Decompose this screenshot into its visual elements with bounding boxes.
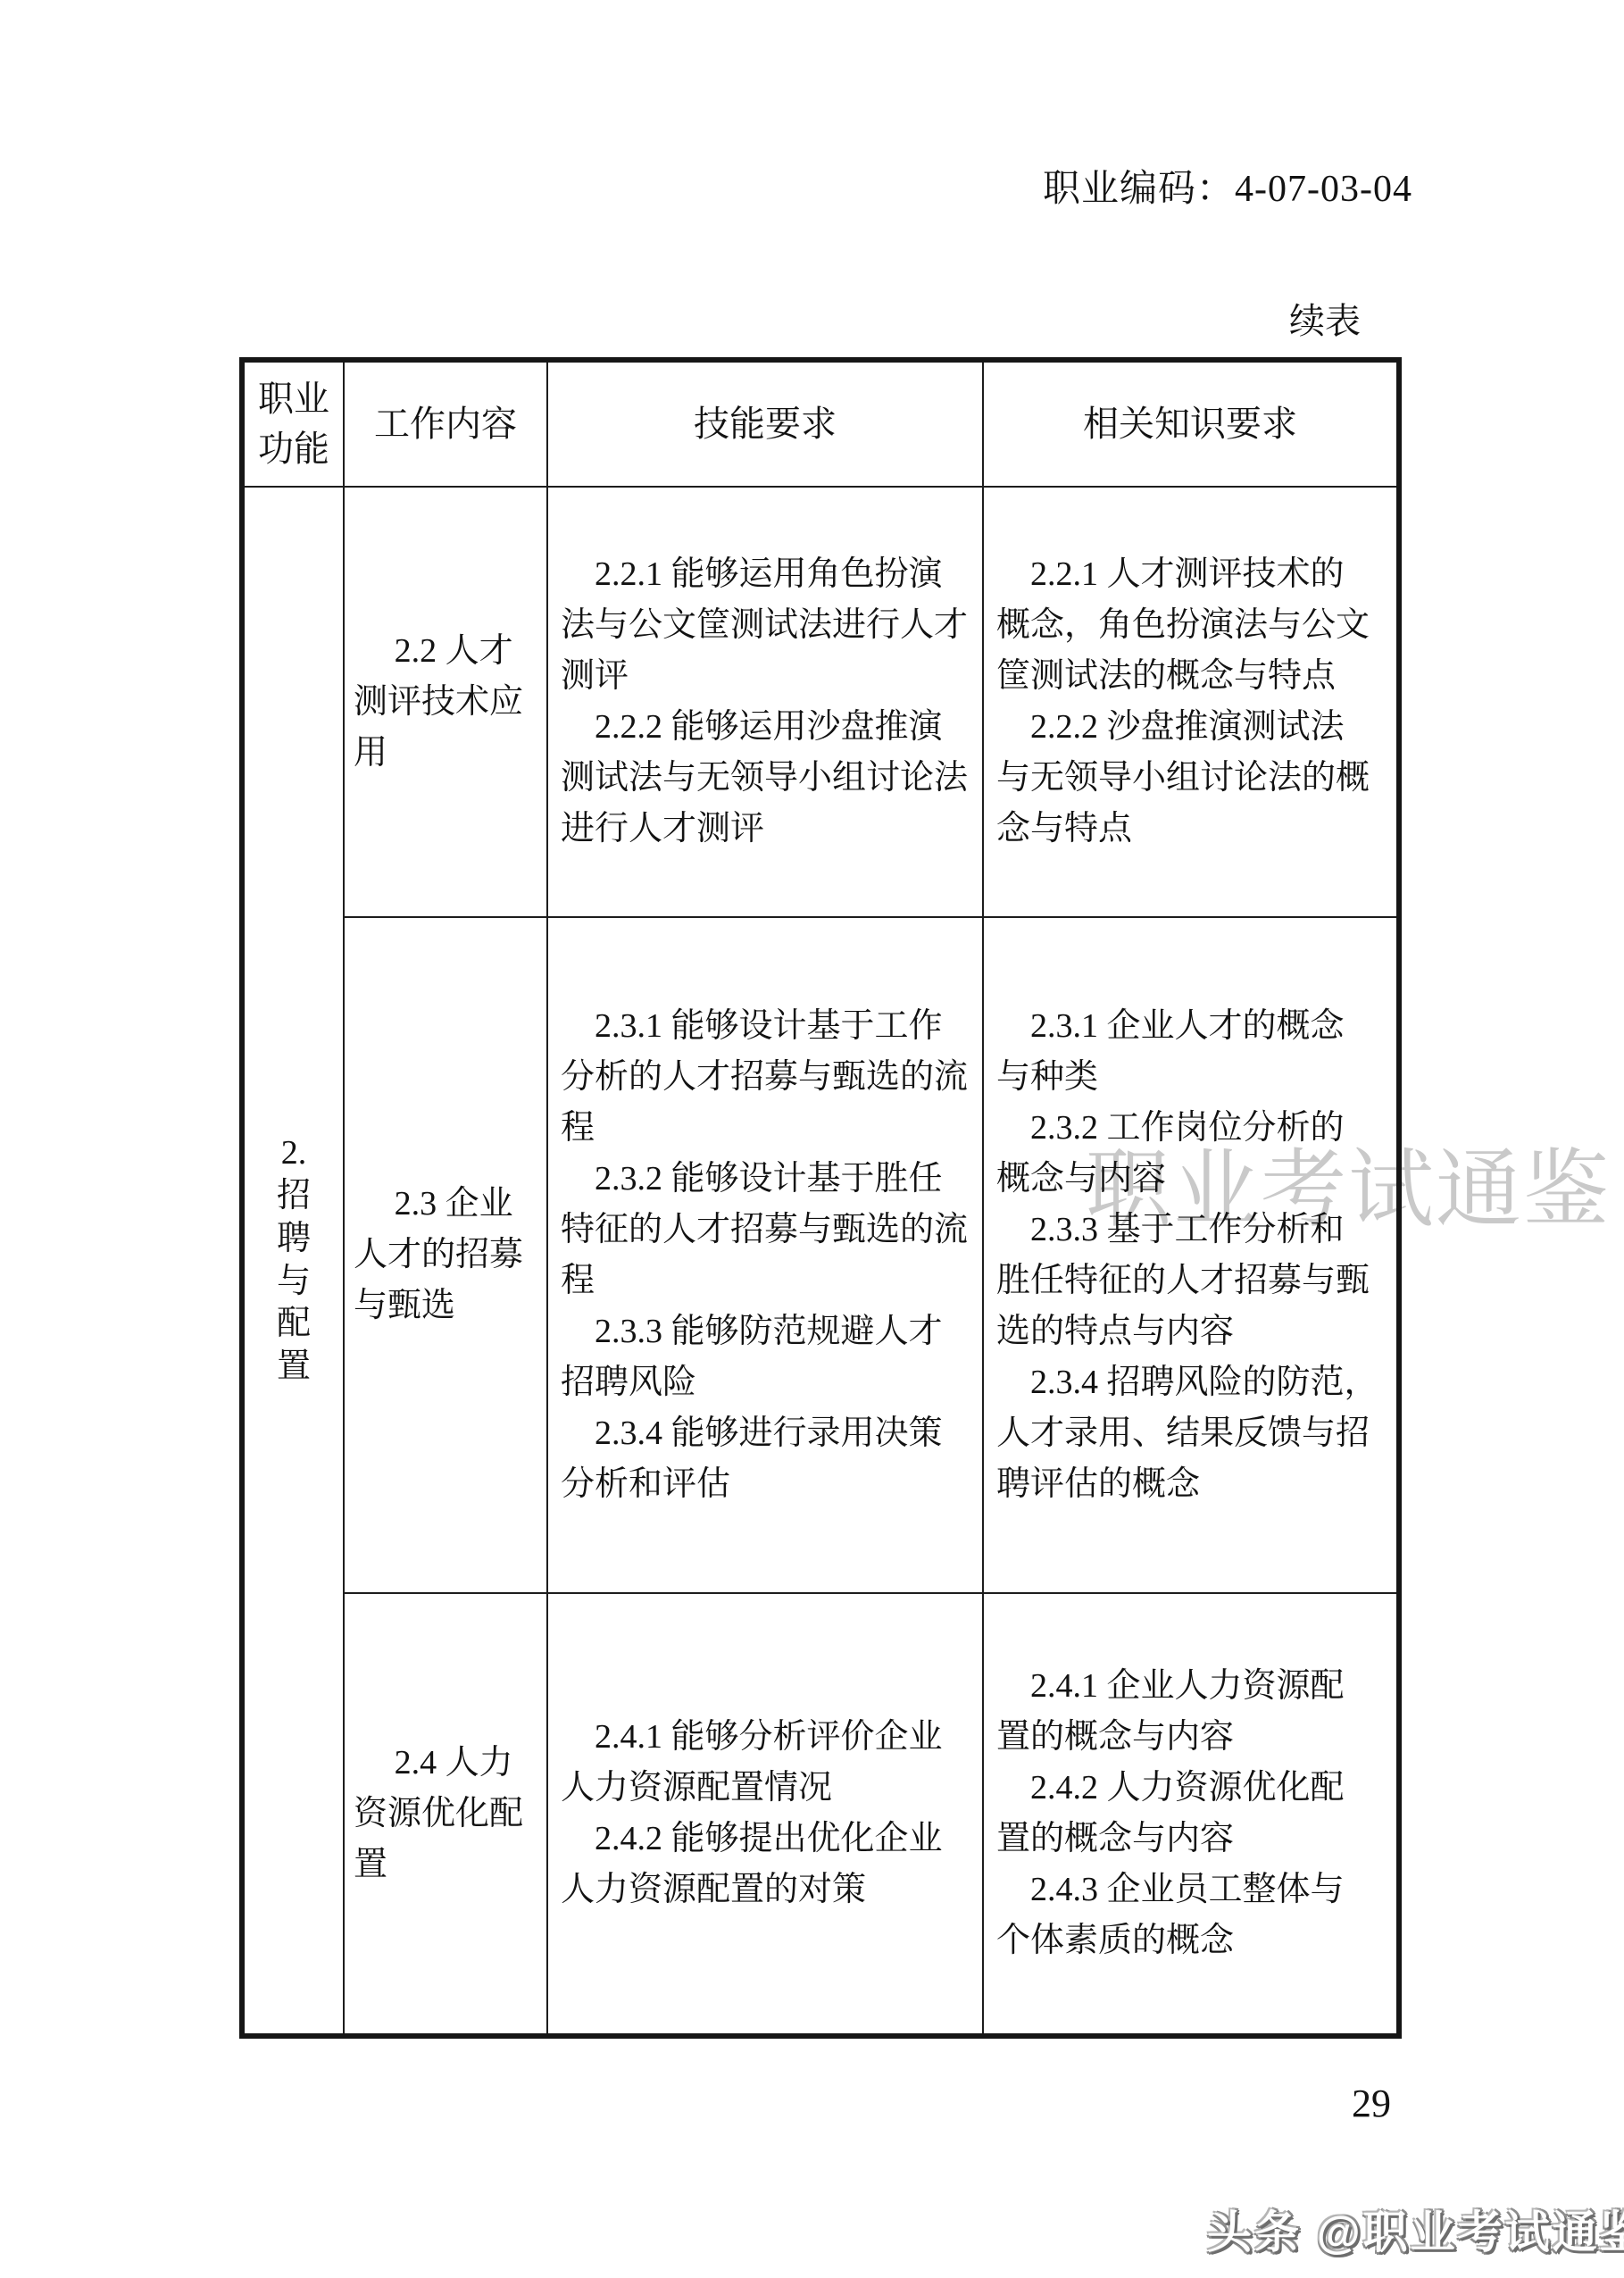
knowledge-para-2-3-1: 2.3.1 企业人才的概念 与种类 — [996, 1001, 1384, 1103]
knowledge-cell-2-3: 2.3.1 企业人才的概念 与种类 2.3.2 工作岗位分析的 概念与内容 2.… — [984, 918, 1396, 1594]
footer-brand-watermark: 头条 @职业考试通鉴 — [1207, 2197, 1624, 2261]
skill-cell-2-2: 2.2.1 能够运用角色扮演 法与公文筐测试法进行人才 测评 2.2.2 能够运… — [548, 488, 984, 918]
column-header-function: 职业 功能 — [245, 363, 345, 488]
work-text-2-3: 2.3 企业 人才的招募 与甄选 — [354, 1179, 537, 1331]
knowledge-para-2-4-1: 2.4.1 企业人力资源配 置的概念与内容 — [996, 1661, 1384, 1763]
column-header-knowledge: 相关知识要求 — [984, 363, 1396, 488]
skill-para-2-3-2: 2.3.2 能够设计基于胜任 特征的人才招募与甄选的流 程 — [561, 1154, 970, 1306]
skill-para-2-4-1: 2.4.1 能够分析评价企业 人力资源配置情况 — [561, 1712, 970, 1814]
function-cell-recruitment: 2. 招 聘 与 配 置 — [245, 488, 345, 2033]
knowledge-para-2-2-1: 2.2.1 人才测评技术的 概念，角色扮演法与公文 筐测试法的概念与特点 — [996, 549, 1384, 702]
knowledge-para-2-2-2: 2.2.2 沙盘推演测试法 与无领导小组讨论法的概 念与特点 — [996, 702, 1384, 855]
skill-para-2-2-1: 2.2.1 能够运用角色扮演 法与公文筐测试法进行人才 测评 — [561, 549, 970, 702]
continued-table-label: 续表 — [1289, 293, 1361, 344]
page-number: 29 — [1352, 2081, 1391, 2126]
knowledge-cell-2-2: 2.2.1 人才测评技术的 概念，角色扮演法与公文 筐测试法的概念与特点 2.2… — [984, 488, 1396, 918]
knowledge-para-2-4-3: 2.4.3 企业员工整体与 个体素质的概念 — [996, 1865, 1384, 1966]
occupation-code-label: 职业编码：4-07-03-04 — [1043, 159, 1412, 213]
skill-para-2-3-4: 2.3.4 能够进行录用决策 分析和评估 — [561, 1408, 970, 1510]
column-header-work: 工作内容 — [345, 363, 548, 488]
skill-para-2-3-3: 2.3.3 能够防范规避人才 招聘风险 — [561, 1306, 970, 1408]
work-text-2-4: 2.4 人力 资源优化配 置 — [354, 1738, 537, 1890]
document-page: { "page": { "code_label": "职业编码：4-07-03-… — [0, 0, 1624, 2278]
skill-para-2-2-2: 2.2.2 能够运用沙盘推演 测试法与无领导小组讨论法 进行人才测评 — [561, 702, 970, 855]
skill-para-2-3-1: 2.3.1 能够设计基于工作 分析的人才招募与甄选的流 程 — [561, 1001, 970, 1154]
work-cell-2-3: 2.3 企业 人才的招募 与甄选 — [345, 918, 548, 1594]
knowledge-para-2-3-2: 2.3.2 工作岗位分析的 概念与内容 — [996, 1103, 1384, 1205]
column-header-skill: 技能要求 — [548, 363, 984, 488]
knowledge-para-2-3-3: 2.3.3 基于工作分析和 胜任特征的人才招募与甄 选的特点与内容 — [996, 1205, 1384, 1357]
work-cell-2-4: 2.4 人力 资源优化配 置 — [345, 1594, 548, 2033]
knowledge-para-2-3-4: 2.3.4 招聘风险的防范， 人才录用、结果反馈与招 聘评估的概念 — [996, 1357, 1384, 1510]
skill-cell-2-3: 2.3.1 能够设计基于工作 分析的人才招募与甄选的流 程 2.3.2 能够设计… — [548, 918, 984, 1594]
knowledge-cell-2-4: 2.4.1 企业人力资源配 置的概念与内容 2.4.2 人力资源优化配 置的概念… — [984, 1594, 1396, 2033]
standard-table: 职业 功能 工作内容 技能要求 相关知识要求 2. 招 聘 与 配 置 2.2 … — [239, 357, 1402, 2039]
skill-para-2-4-2: 2.4.2 能够提出优化企业 人力资源配置的对策 — [561, 1814, 970, 1915]
knowledge-para-2-4-2: 2.4.2 人力资源优化配 置的概念与内容 — [996, 1763, 1384, 1865]
work-cell-2-2: 2.2 人才 测评技术应 用 — [345, 488, 548, 918]
skill-cell-2-4: 2.4.1 能够分析评价企业 人力资源配置情况 2.4.2 能够提出优化企业 人… — [548, 1594, 984, 2033]
work-text-2-2: 2.2 人才 测评技术应 用 — [354, 626, 537, 779]
